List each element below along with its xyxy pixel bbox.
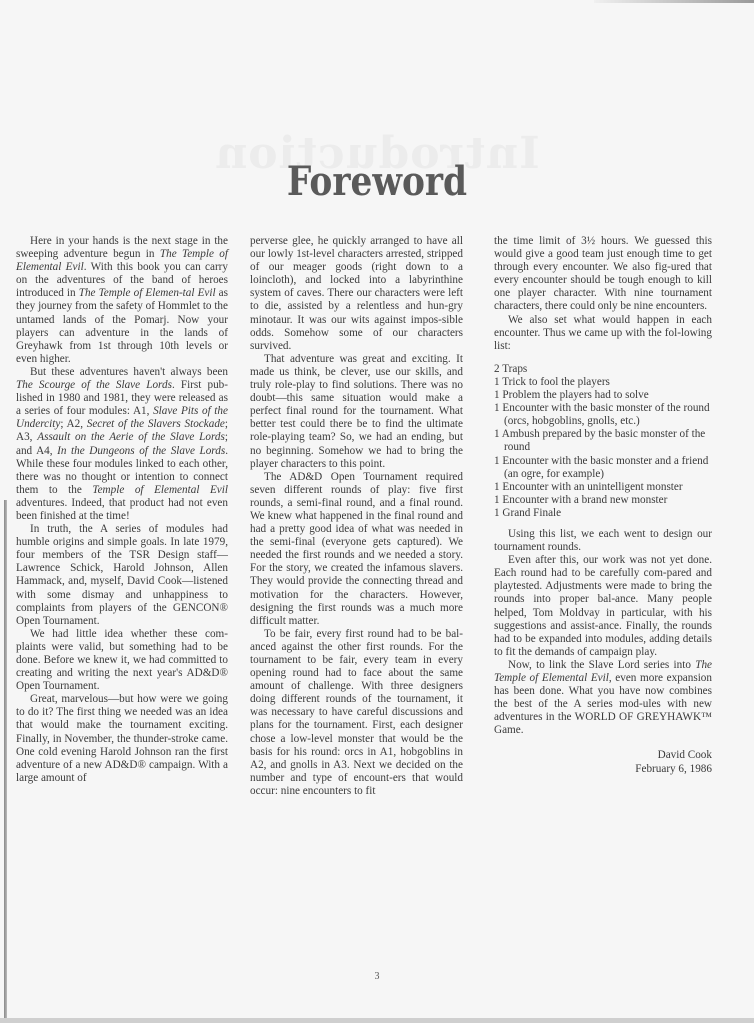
column-3: the time limit of 3½ hours. We guessed t… bbox=[494, 235, 712, 776]
italic-title: Assault on the Aerie of the Slave Lords bbox=[37, 431, 225, 443]
binding-edge bbox=[4, 500, 7, 1023]
list-item: 1 Encounter with the basic monster of th… bbox=[494, 402, 712, 428]
italic-title: The Temple of Elemental Evil bbox=[16, 248, 228, 273]
paragraph: Great, marvelous—but how were we going t… bbox=[16, 693, 228, 785]
list-item: 1 Encounter with an unintelligent monste… bbox=[494, 481, 712, 494]
page-title: Foreword bbox=[53, 158, 701, 205]
list-item: 1 Encounter with a brand new monster bbox=[494, 494, 712, 507]
column-1: Here in your hands is the next stage in … bbox=[16, 235, 228, 785]
paragraph: Here in your hands is the next stage in … bbox=[16, 235, 228, 366]
paragraph: Using this list, we each went to design … bbox=[494, 528, 712, 554]
paragraph: In truth, the A series of modules had hu… bbox=[16, 523, 228, 628]
italic-title: The Scourge of the Slave Lords bbox=[16, 379, 172, 391]
paragraph: But these adventures haven't always been… bbox=[16, 366, 228, 523]
page-edge-top bbox=[594, 0, 754, 3]
paragraph: The AD&D Open Tournament required seven … bbox=[250, 471, 463, 628]
column-2: perverse glee, he quickly arranged to ha… bbox=[250, 235, 463, 798]
italic-title: The Temple of Elemental Evil bbox=[494, 659, 712, 684]
paragraph: Even after this, our work was not yet do… bbox=[494, 554, 712, 659]
italic-title: Secret of the Slavers Stockade bbox=[87, 418, 225, 430]
list-item: 2 Traps bbox=[494, 363, 712, 376]
page-number: 3 bbox=[0, 971, 754, 982]
paragraph: Now, to link the Slave Lord series into … bbox=[494, 659, 712, 738]
list-item: 1 Grand Finale bbox=[494, 507, 712, 520]
signature: David Cook February 6, 1986 bbox=[494, 749, 712, 775]
list-item: 1 Trick to fool the players bbox=[494, 376, 712, 389]
paragraph: the time limit of 3½ hours. We guessed t… bbox=[494, 235, 712, 314]
page-edge-bottom bbox=[0, 1018, 754, 1023]
italic-title: The Temple of Elemen-tal Evil bbox=[79, 287, 216, 299]
signature-date: February 6, 1986 bbox=[494, 763, 712, 776]
list-item: 1 Ambush prepared by the basic monster o… bbox=[494, 428, 712, 454]
paragraph: That adventure was great and exciting. I… bbox=[250, 353, 463, 471]
italic-title: In the Dungeons of the Slave Lords bbox=[57, 445, 225, 457]
list-item: 1 Encounter with the basic monster and a… bbox=[494, 455, 712, 481]
paragraph: To be fair, every first round had to be … bbox=[250, 628, 463, 798]
paragraph: We had little idea whether these com-pla… bbox=[16, 628, 228, 693]
encounter-list: 2 Traps 1 Trick to fool the players 1 Pr… bbox=[494, 363, 712, 520]
paragraph: perverse glee, he quickly arranged to ha… bbox=[250, 235, 463, 353]
paragraph: We also set what would happen in each en… bbox=[494, 314, 712, 353]
italic-title: Temple of Elemental Evil bbox=[92, 484, 228, 496]
list-item: 1 Problem the players had to solve bbox=[494, 389, 712, 402]
signature-name: David Cook bbox=[494, 749, 712, 762]
